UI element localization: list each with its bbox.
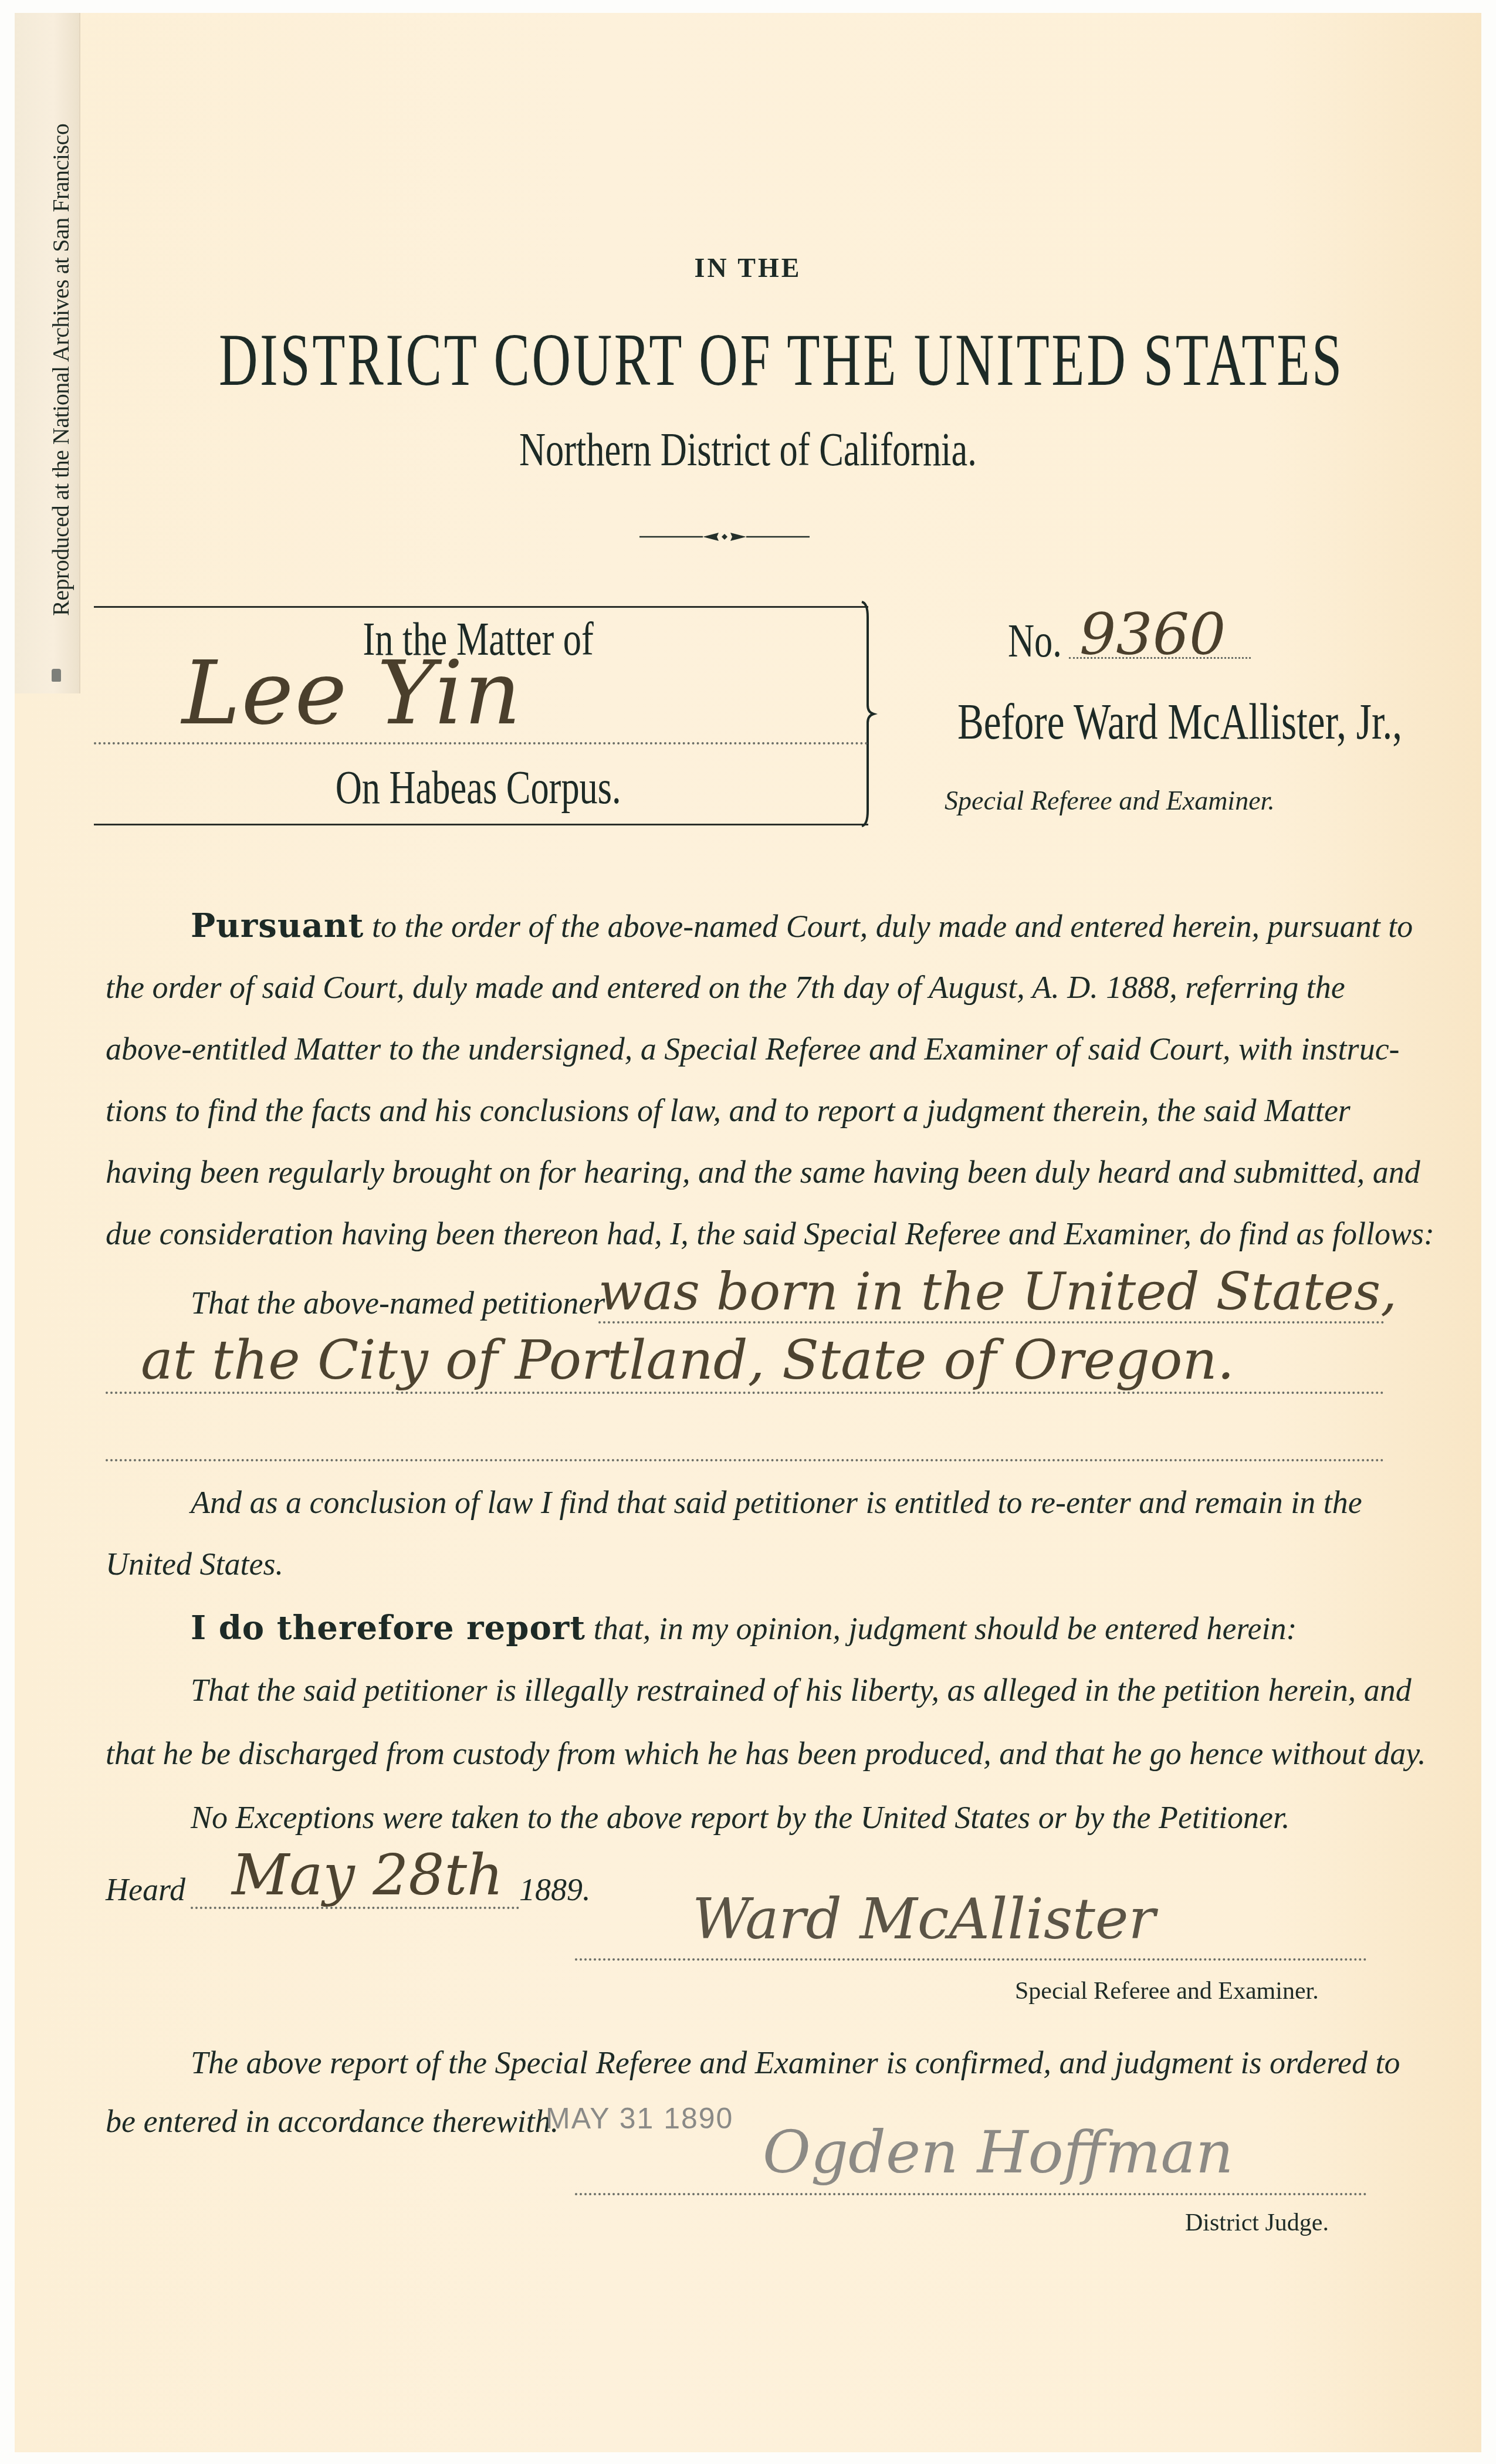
referee-signature: Ward McAllister bbox=[692, 1886, 1155, 1952]
judge-signature-title: District Judge. bbox=[1185, 2209, 1329, 2237]
confirmation-line-2: be entered in accordance therewith. bbox=[106, 2103, 559, 2140]
case-box-bottom-rule bbox=[94, 824, 868, 825]
before-referee-text: Before Ward McAllister, Jr., bbox=[957, 692, 1402, 751]
pursuant-line-3: above-entitled Matter to the undersigned… bbox=[106, 1031, 1385, 1067]
finding-line-3 bbox=[106, 1459, 1385, 1461]
judgment-line-1: That the said petitioner is illegally re… bbox=[191, 1672, 1385, 1708]
pursuant-line-6: due consideration having been thereon ha… bbox=[106, 1216, 1385, 1252]
no-exceptions: No Exceptions were taken to the above re… bbox=[191, 1799, 1470, 1836]
finding-line-2 bbox=[106, 1392, 1385, 1394]
pursuant-text-1: to the order of the above-named Court, d… bbox=[372, 909, 1413, 944]
header-in-the: IN THE bbox=[0, 252, 1496, 283]
conclusion-line-2: United States. bbox=[106, 1546, 1385, 1582]
habeas-corpus-text: On Habeas Corpus. bbox=[336, 761, 621, 815]
before-referee: Before Ward McAllister, Jr., bbox=[895, 692, 1465, 751]
habeas-corpus-label: On Habeas Corpus. bbox=[94, 761, 862, 815]
petitioner-name-handwritten: Lee Yin bbox=[182, 642, 522, 744]
ornament-divider-icon bbox=[639, 531, 810, 543]
pursuant-line-1: Pursuant to the order of the above-named… bbox=[191, 906, 1385, 945]
pursuant-line-4: tions to find the facts and his conclusi… bbox=[106, 1092, 1385, 1129]
confirmation-line-1: The above report of the Special Referee … bbox=[191, 2045, 1385, 2081]
case-number-handwritten: 9360 bbox=[1079, 601, 1226, 668]
district-subtitle: Northern District of California. bbox=[0, 424, 1496, 477]
case-number-label-text: No. bbox=[1008, 615, 1062, 668]
heard-year: 1889. bbox=[519, 1871, 591, 1908]
finding-handwritten-1: was born in the United States, bbox=[598, 1261, 1397, 1322]
judge-signature-line bbox=[575, 2193, 1367, 2195]
heard-date-handwritten: May 28th bbox=[232, 1842, 503, 1908]
report-lead: I do therefore report bbox=[191, 1609, 585, 1647]
heard-label: Heard bbox=[106, 1871, 185, 1908]
case-number-label: No. bbox=[1000, 615, 1069, 668]
court-title: DISTRICT COURT OF THE UNITED STATES bbox=[0, 317, 1496, 403]
court-title-text: DISTRICT COURT OF THE UNITED STATES bbox=[219, 317, 1344, 403]
report-line: I do therefore report that, in my opinio… bbox=[191, 1609, 1470, 1647]
pursuant-line-2: the order of said Court, duly made and e… bbox=[106, 969, 1385, 1006]
judgment-line-2: that he be discharged from custody from … bbox=[106, 1735, 1385, 1772]
referee-signature-title: Special Referee and Examiner. bbox=[1015, 1977, 1319, 2005]
referee-subtitle: Special Referee and Examiner. bbox=[945, 785, 1275, 816]
case-box-top-rule bbox=[94, 606, 868, 608]
district-subtitle-text: Northern District of California. bbox=[519, 424, 977, 477]
clip-mark bbox=[52, 669, 61, 682]
pursuant-line-5: having been regularly brought on for hea… bbox=[106, 1154, 1385, 1190]
finding-handwritten-2: at the City of Portland, State of Oregon… bbox=[141, 1329, 1234, 1392]
brace-icon bbox=[859, 600, 883, 828]
report-rest: that, in my opinion, judgment should be … bbox=[594, 1611, 1297, 1646]
referee-signature-line bbox=[575, 1958, 1367, 1961]
judge-signature: Ogden Hoffman bbox=[763, 2118, 1234, 2187]
pursuant-lead: Pursuant bbox=[191, 906, 364, 945]
conclusion-line-1: And as a conclusion of law I find that s… bbox=[191, 1484, 1385, 1521]
finding-label: That the above-named petitioner bbox=[191, 1285, 605, 1321]
date-stamp: MAY 31 1890 bbox=[546, 2101, 733, 2135]
